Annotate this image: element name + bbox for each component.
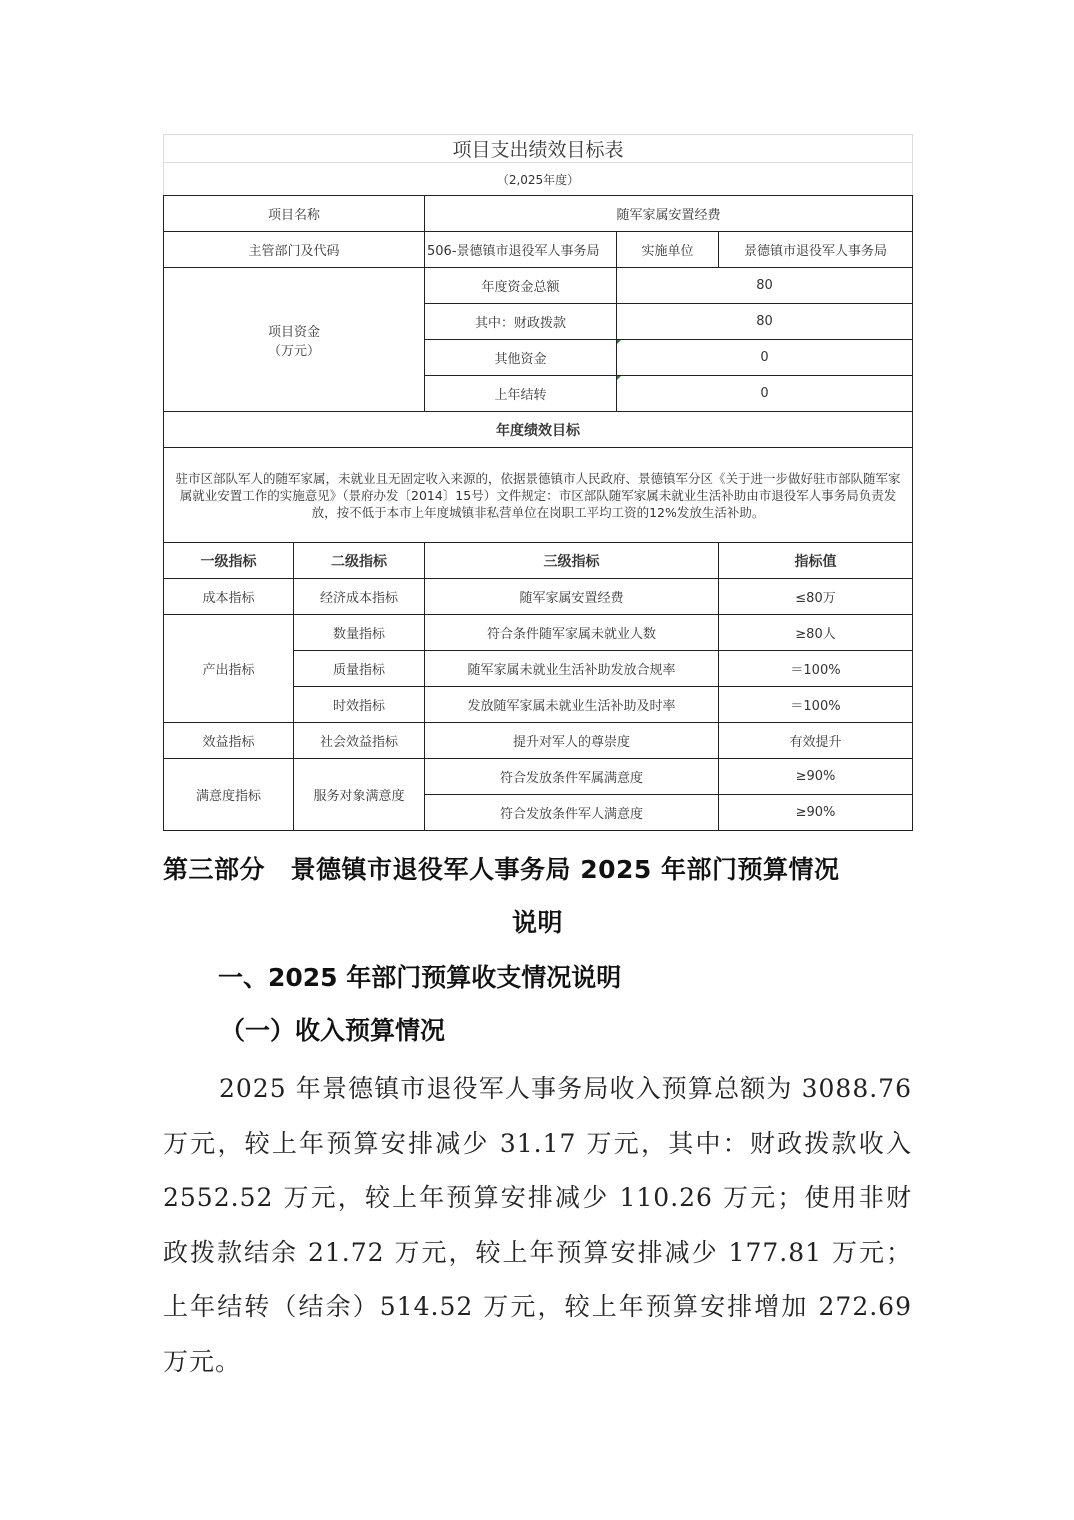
fund-label: 其他资金	[425, 340, 617, 376]
table-row: 产出指标 数量指标 符合条件随军家属未就业人数 ≥80人	[164, 615, 913, 651]
indicator-level1: 产出指标	[164, 615, 294, 723]
dept-label: 主管部门及代码	[164, 232, 425, 268]
table-row: 成本指标 经济成本指标 随军家属安置经费 ≤80万	[164, 579, 913, 615]
indicator-value: ≤80万	[719, 579, 913, 615]
table-row: 效益指标 社会效益指标 提升对军人的尊崇度 有效提升	[164, 723, 913, 759]
indicator-level3: 符合条件随军家属未就业人数	[425, 615, 719, 651]
fund-value: 80	[617, 268, 913, 304]
header-level1: 一级指标	[164, 543, 294, 579]
indicator-level1: 满意度指标	[164, 759, 294, 831]
indicator-value: ≥90%	[719, 759, 913, 795]
indicator-level2: 社会效益指标	[294, 723, 425, 759]
indicator-level1: 成本指标	[164, 579, 294, 615]
performance-target-table: 项目支出绩效目标表 （2,025年度） 项目名称 随军家属安置经费 主管部门及代…	[163, 134, 913, 831]
table-row: 主管部门及代码 506-景德镇市退役军人事务局 实施单位 景德镇市退役军人事务局	[164, 232, 913, 268]
fund-label: 上年结转	[425, 376, 617, 412]
indicator-level2: 服务对象满意度	[294, 759, 425, 831]
dept-value: 506-景德镇市退役军人事务局	[425, 232, 617, 268]
indicator-level1: 效益指标	[164, 723, 294, 759]
indicator-level3: 符合发放条件军人满意度	[425, 795, 719, 831]
table-title: 项目支出绩效目标表	[164, 135, 913, 163]
funds-label-line1: 项目资金	[166, 321, 422, 340]
subsection-heading: （一）收入预算情况	[220, 1011, 445, 1047]
header-value: 指标值	[719, 543, 913, 579]
indicator-value: ≥80人	[719, 615, 913, 651]
table-year: （2,025年度）	[164, 163, 913, 196]
indicator-level3: 发放随军家属未就业生活补助及时率	[425, 687, 719, 723]
indicator-level2: 经济成本指标	[294, 579, 425, 615]
indicator-value: ＝100%	[719, 651, 913, 687]
fund-value: 0	[617, 340, 913, 376]
fund-label: 其中：财政拨款	[425, 304, 617, 340]
project-name-label: 项目名称	[164, 196, 425, 232]
indicator-level3: 随军家属未就业生活补助发放合规率	[425, 651, 719, 687]
fund-value: 0	[617, 376, 913, 412]
impl-label: 实施单位	[617, 232, 719, 268]
part-heading-continued: 说明	[163, 903, 912, 939]
part-heading: 第三部分 景德镇市退役军人事务局 2025 年部门预算情况	[163, 850, 912, 886]
indicator-level2: 质量指标	[294, 651, 425, 687]
indicator-value: ＝100%	[719, 687, 913, 723]
goal-header: 年度绩效目标	[164, 412, 913, 448]
impl-value: 景德镇市退役军人事务局	[719, 232, 913, 268]
funds-label-line2: （万元）	[166, 340, 422, 359]
section-heading: 一、2025 年部门预算收支情况说明	[218, 958, 621, 994]
header-level2: 二级指标	[294, 543, 425, 579]
table-row: 项目名称 随军家属安置经费	[164, 196, 913, 232]
fund-label: 年度资金总额	[425, 268, 617, 304]
indicator-level3: 符合发放条件军属满意度	[425, 759, 719, 795]
indicator-level2: 数量指标	[294, 615, 425, 651]
goal-text: 驻市区部队军人的随军家属，未就业且无固定收入来源的，依据景德镇市人民政府、景德镇…	[164, 448, 913, 543]
body-paragraph: 2025 年景德镇市退役军人事务局收入预算总额为 3088.76 万元，较上年预…	[163, 1062, 912, 1390]
indicator-level2: 时效指标	[294, 687, 425, 723]
indicator-level3: 随军家属安置经费	[425, 579, 719, 615]
table-row: 项目资金 （万元） 年度资金总额 80	[164, 268, 913, 304]
project-name-value: 随军家属安置经费	[425, 196, 913, 232]
indicator-level3: 提升对军人的尊崇度	[425, 723, 719, 759]
indicator-header-row: 一级指标 二级指标 三级指标 指标值	[164, 543, 913, 579]
indicator-value: 有效提升	[719, 723, 913, 759]
funds-label: 项目资金 （万元）	[164, 268, 425, 412]
header-level3: 三级指标	[425, 543, 719, 579]
fund-value: 80	[617, 304, 913, 340]
indicator-value: ≥90%	[719, 795, 913, 831]
table-row: 满意度指标 服务对象满意度 符合发放条件军属满意度 ≥90%	[164, 759, 913, 795]
